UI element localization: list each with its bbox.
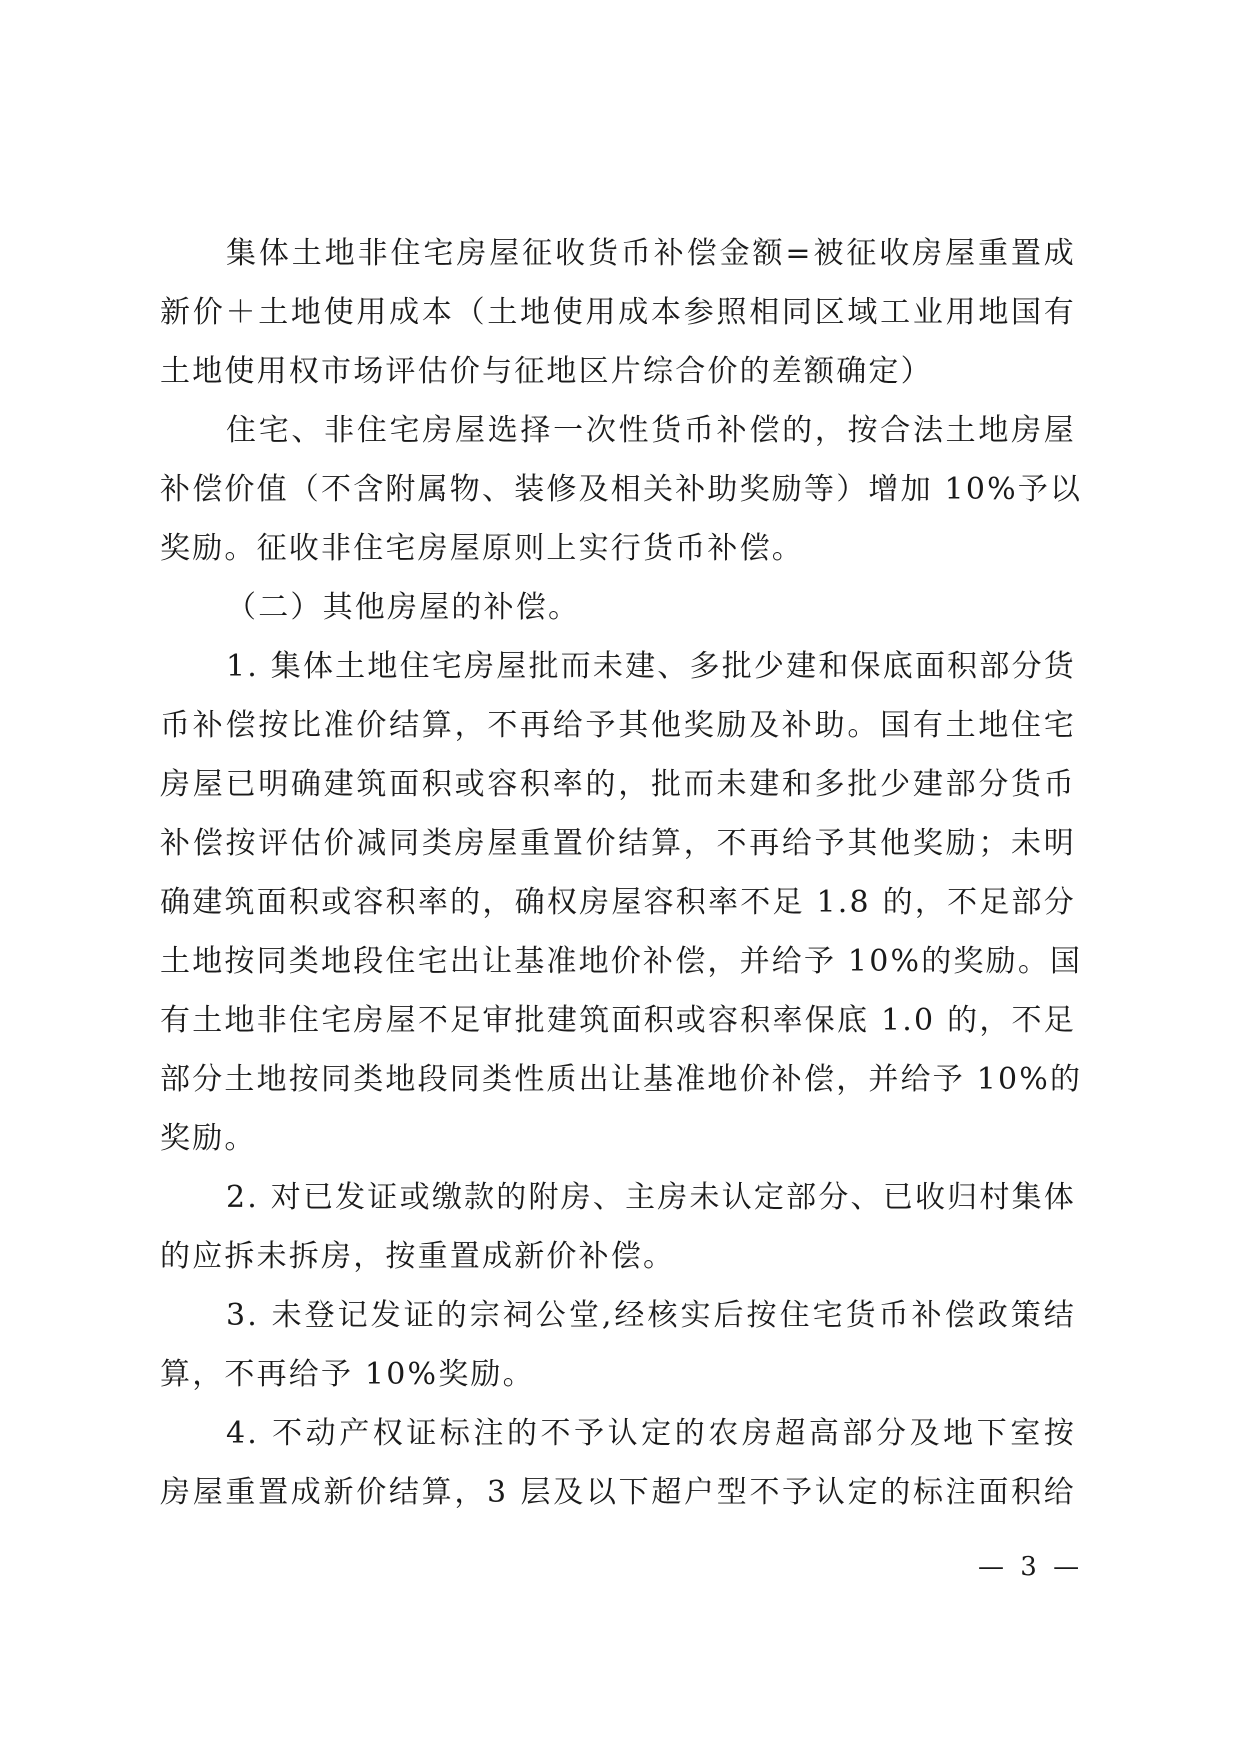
item-2-line-1: 2. 对已发证或缴款的附房、主房未认定部分、已收归村集体 [160,1168,1076,1227]
item-4-line-1: 4. 不动产权证标注的不予认定的农房超高部分及地下室按 [160,1404,1076,1463]
paragraph-1-line-1: 集体土地非住宅房屋征收货币补偿金额=被征收房屋重置成 [160,224,1076,283]
item-1-line-3: 房屋已明确建筑面积或容积率的，批而未建和多批少建部分货币 [160,755,1076,814]
item-1-line-5: 确建筑面积或容积率的，确权房屋容积率不足 1.8 的，不足部分 [160,873,1076,932]
item-1-line-1: 1. 集体土地住宅房屋批而未建、多批少建和保底面积部分货 [160,637,1076,696]
item-1-line-9: 奖励。 [160,1109,1076,1168]
item-1-line-2: 币补偿按比准价结算，不再给予其他奖励及补助。国有土地住宅 [160,696,1076,755]
item-2-line-2: 的应拆未拆房，按重置成新价补偿。 [160,1227,1076,1286]
item-4-line-2: 房屋重置成新价结算，3 层及以下超户型不予认定的标注面积给 [160,1463,1076,1522]
item-1-line-6: 土地按同类地段住宅出让基准地价补偿，并给予 10%的奖励。国 [160,932,1076,991]
item-1-line-8: 部分土地按同类地段同类性质出让基准地价补偿，并给予 10%的 [160,1050,1076,1109]
paragraph-2-line-3: 奖励。征收非住宅房屋原则上实行货币补偿。 [160,519,1076,578]
document-body: 集体土地非住宅房屋征收货币补偿金额=被征收房屋重置成 新价＋土地使用成本（土地使… [160,224,1076,1522]
paragraph-1-line-2: 新价＋土地使用成本（土地使用成本参照相同区域工业用地国有 [160,283,1076,342]
paragraph-2-line-2: 补偿价值（不含附属物、装修及相关补助奖励等）增加 10%予以 [160,460,1076,519]
item-1-line-4: 补偿按评估价减同类房屋重置价结算，不再给予其他奖励；未明 [160,814,1076,873]
paragraph-2-line-1: 住宅、非住宅房屋选择一次性货币补偿的，按合法土地房屋 [160,401,1076,460]
document-page: 集体土地非住宅房屋征收货币补偿金额=被征收房屋重置成 新价＋土地使用成本（土地使… [0,0,1240,1754]
item-1-line-7: 有土地非住宅房屋不足审批建筑面积或容积率保底 1.0 的，不足 [160,991,1076,1050]
page-number: — 3 — [978,1552,1083,1582]
item-3-line-1: 3. 未登记发证的宗祠公堂,经核实后按住宅货币补偿政策结 [160,1286,1076,1345]
item-3-line-2: 算，不再给予 10%奖励。 [160,1345,1076,1404]
paragraph-1-line-3: 土地使用权市场评估价与征地区片综合价的差额确定） [160,342,1076,401]
section-heading: （二）其他房屋的补偿。 [160,578,1076,637]
